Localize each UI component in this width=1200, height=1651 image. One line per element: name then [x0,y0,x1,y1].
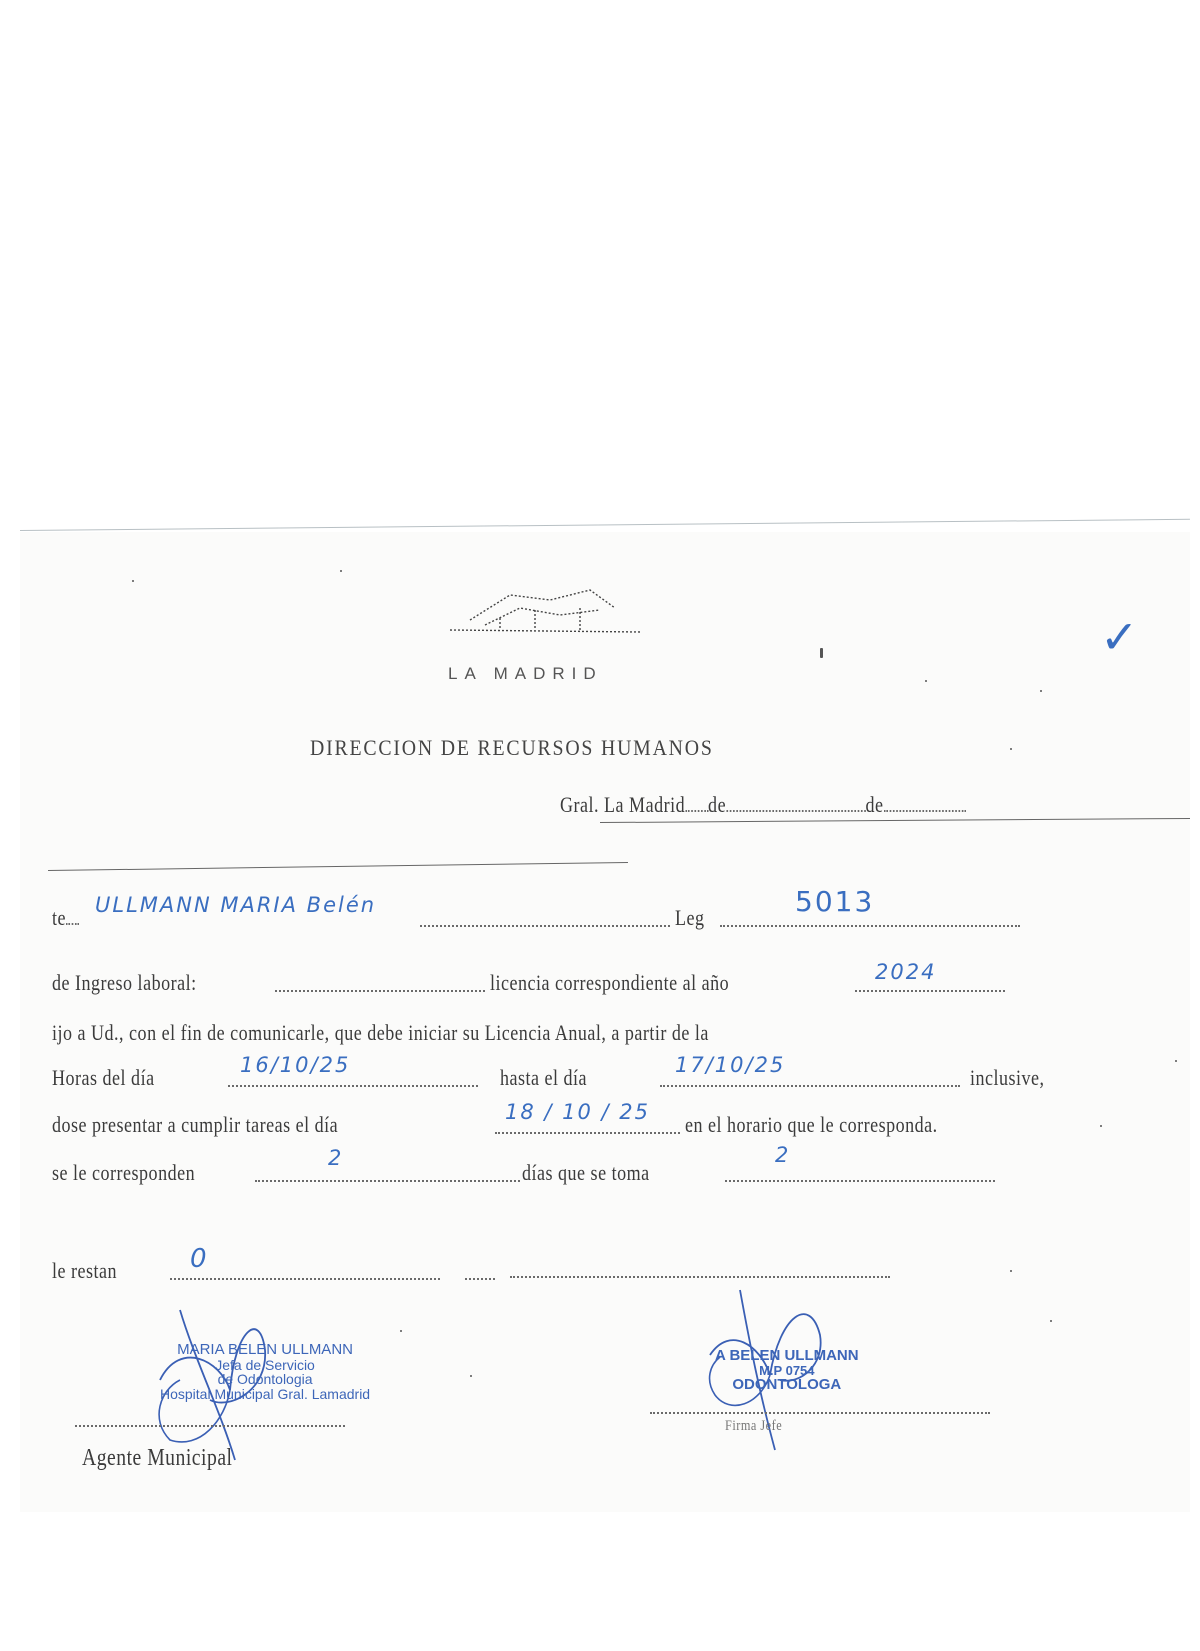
agent-dots [420,925,670,927]
return-label: dose presentar a cumplir tareas el día [52,1112,338,1138]
paper-edge [20,519,1190,531]
restan-value[interactable]: 0 [190,1244,209,1274]
corresponden-label: se le corresponden [52,1160,195,1186]
leg-value[interactable]: 5013 [795,885,874,918]
return-date-value[interactable]: 18 / 10 / 25 [505,1100,650,1124]
place-label: Gral. La Madrid [560,792,685,817]
date-de-1: de [708,792,726,817]
body-text: ijo a Ud., con el fin de comunicarle, qu… [52,1020,709,1046]
leg-label: Leg [675,905,705,931]
inclusive-label: inclusive, [970,1065,1045,1091]
return-suffix: en el horario que le corresponda. [685,1112,938,1138]
restan-label: le restan [52,1258,117,1284]
place-date-line: Gral. La Madriddede [560,792,965,818]
stamp-right: A BELEN ULLMANN M.P 0754 ODONTOLOGA [715,1348,859,1393]
municipal-logo-icon [440,580,650,640]
toma-label: días que se toma [522,1160,650,1186]
to-label: hasta el día [500,1065,587,1091]
licencia-label: licencia correspondiente al año [490,970,729,996]
check-mark-icon: ✓ [1100,610,1141,664]
to-date-value[interactable]: 17/10/25 [675,1053,785,1077]
agent-line: te [52,905,79,931]
logo-text: LA MADRID [448,664,603,684]
toma-value[interactable]: 2 [775,1143,790,1167]
stamp-left: MARIA BELEN ULLMANN Jefa de Servicio de … [160,1342,370,1402]
agent-caption: Agente Municipal [82,1445,233,1472]
from-label: Horas del día [52,1065,155,1091]
department-heading: DIRECCION DE RECURSOS HUMANOS [310,735,714,761]
year-value[interactable]: 2024 [875,960,936,984]
signature-line-left [75,1425,345,1427]
agent-name-value[interactable]: ULLMANN MARIA Belén [95,893,376,917]
corresponden-value[interactable]: 2 [328,1146,343,1170]
signature-line-right [650,1412,990,1414]
date-de-2: de [865,792,883,817]
boss-caption: Firma Jefe [725,1418,782,1435]
from-date-value[interactable]: 16/10/25 [240,1053,350,1077]
ingreso-label: de Ingreso laboral: [52,970,197,996]
